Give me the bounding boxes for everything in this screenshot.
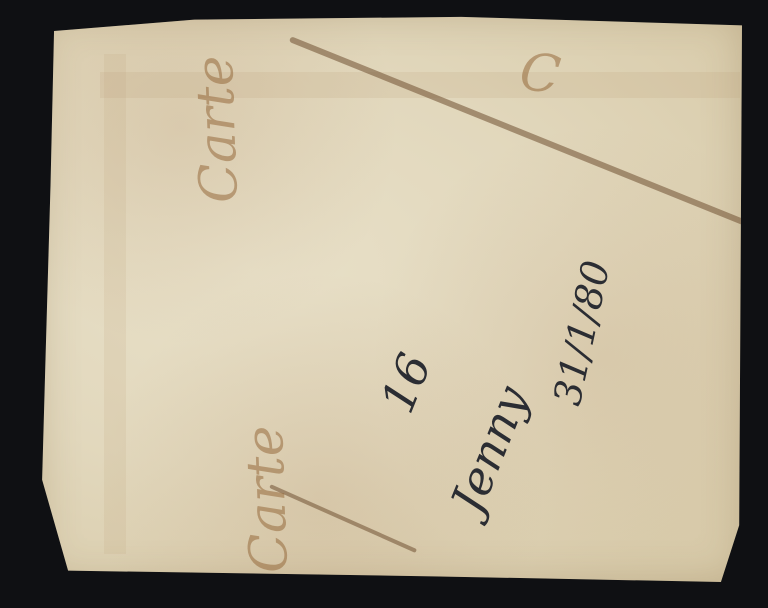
faint-script-lower: Carte [235,425,300,574]
faint-script-left: Carte [185,55,250,204]
fold-crease-vertical [104,54,126,554]
paper-fragment: Carte Carte C [40,14,742,582]
faint-script-top: C [516,42,564,107]
